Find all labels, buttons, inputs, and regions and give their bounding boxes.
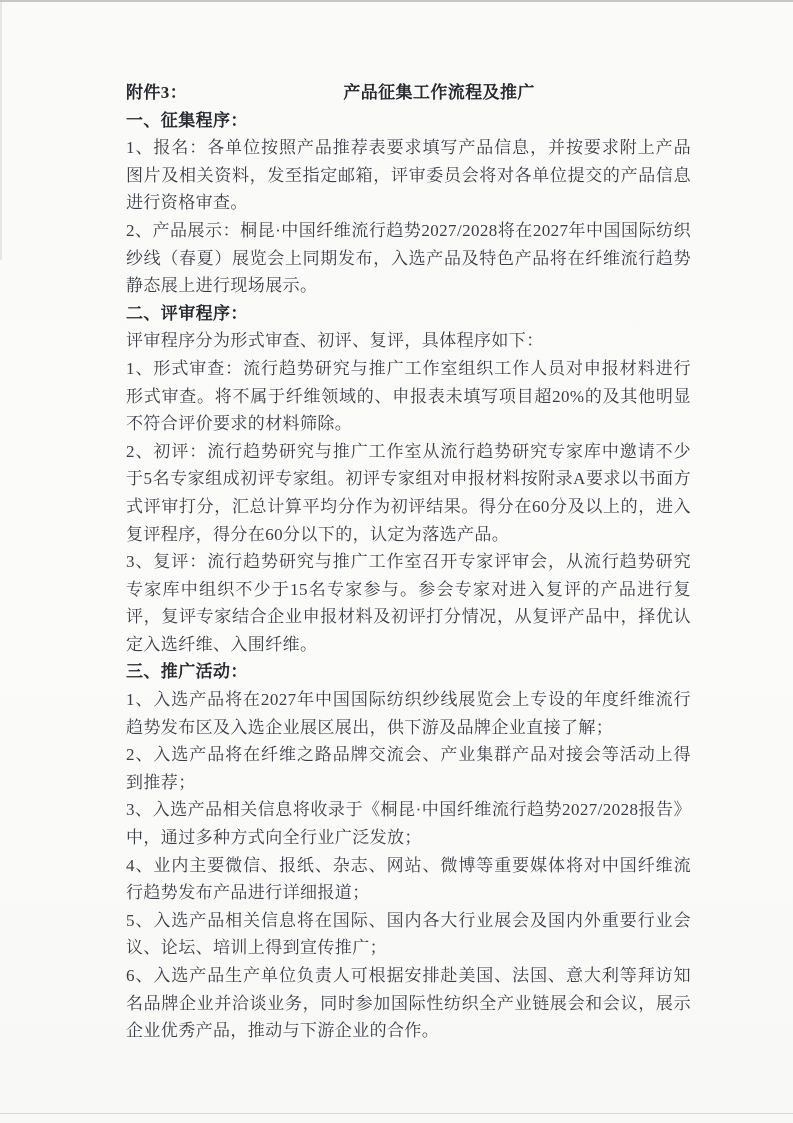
- paragraph-review-preliminary: 2、初评：流行趋势研究与推广工作室从流行趋势研究专家库中邀请不少于5名专家组成初…: [126, 438, 691, 548]
- scan-artifact-left-edge: [0, 0, 2, 260]
- paragraph-collection-signup: 1、报名：各单位按照产品推荐表要求填写产品信息，并按要求附上产品图片及相关资料，…: [126, 134, 691, 217]
- scan-artifact-top-edge: [0, 0, 793, 2]
- paragraph-promotion-2: 2、入选产品将在纤维之路品牌交流会、产业集群产品对接会等活动上得到推荐；: [126, 741, 691, 796]
- paragraph-review-final: 3、复评：流行趋势研究与推广工作室召开专家评审会，从流行趋势研究专家库中组织不少…: [126, 548, 691, 658]
- paragraph-promotion-1: 1、入选产品将在2027年中国国际纺织纱线展览会上专设的年度纤维流行趋势发布区及…: [126, 686, 691, 741]
- paragraph-promotion-6: 6、入选产品生产单位负责人可根据安排赴美国、法国、意大利等拜访知名品牌企业并洽谈…: [126, 962, 691, 1045]
- paragraph-review-formal-check: 1、形式审查：流行趋势研究与推广工作室组织工作人员对申报材料进行形式审查。将不属…: [126, 355, 691, 438]
- section-heading-promotion: 三、推广活动：: [126, 658, 691, 686]
- document-title: 产品征集工作流程及推广: [187, 79, 691, 107]
- attachment-label: 附件3：: [126, 79, 187, 107]
- paragraph-collection-display: 2、产品展示：桐昆·中国纤维流行趋势2027/2028将在2027年中国国际纺织…: [126, 217, 691, 300]
- paragraph-promotion-4: 4、业内主要微信、报纸、杂志、网站、微博等重要媒体将对中国纤维流行趋势发布产品进…: [126, 852, 691, 907]
- section-heading-collection: 一、征集程序：: [126, 107, 691, 135]
- section-heading-review: 二、评审程序：: [126, 300, 691, 328]
- scan-artifact-bottom-edge: [0, 1113, 793, 1114]
- document-body: 附件3： 产品征集工作流程及推广 一、征集程序： 1、报名：各单位按照产品推荐表…: [126, 79, 691, 1045]
- paragraph-promotion-3: 3、入选产品相关信息将收录于《桐昆·中国纤维流行趋势2027/2028报告》中，…: [126, 796, 691, 851]
- paragraph-promotion-5: 5、入选产品相关信息将在国际、国内各大行业展会及国内外重要行业会议、论坛、培训上…: [126, 907, 691, 962]
- paragraph-review-intro: 评审程序分为形式审查、初评、复评，具体程序如下：: [126, 327, 691, 355]
- document-title-row: 附件3： 产品征集工作流程及推广: [126, 79, 691, 107]
- scanned-document-page: 附件3： 产品征集工作流程及推广 一、征集程序： 1、报名：各单位按照产品推荐表…: [0, 0, 793, 1123]
